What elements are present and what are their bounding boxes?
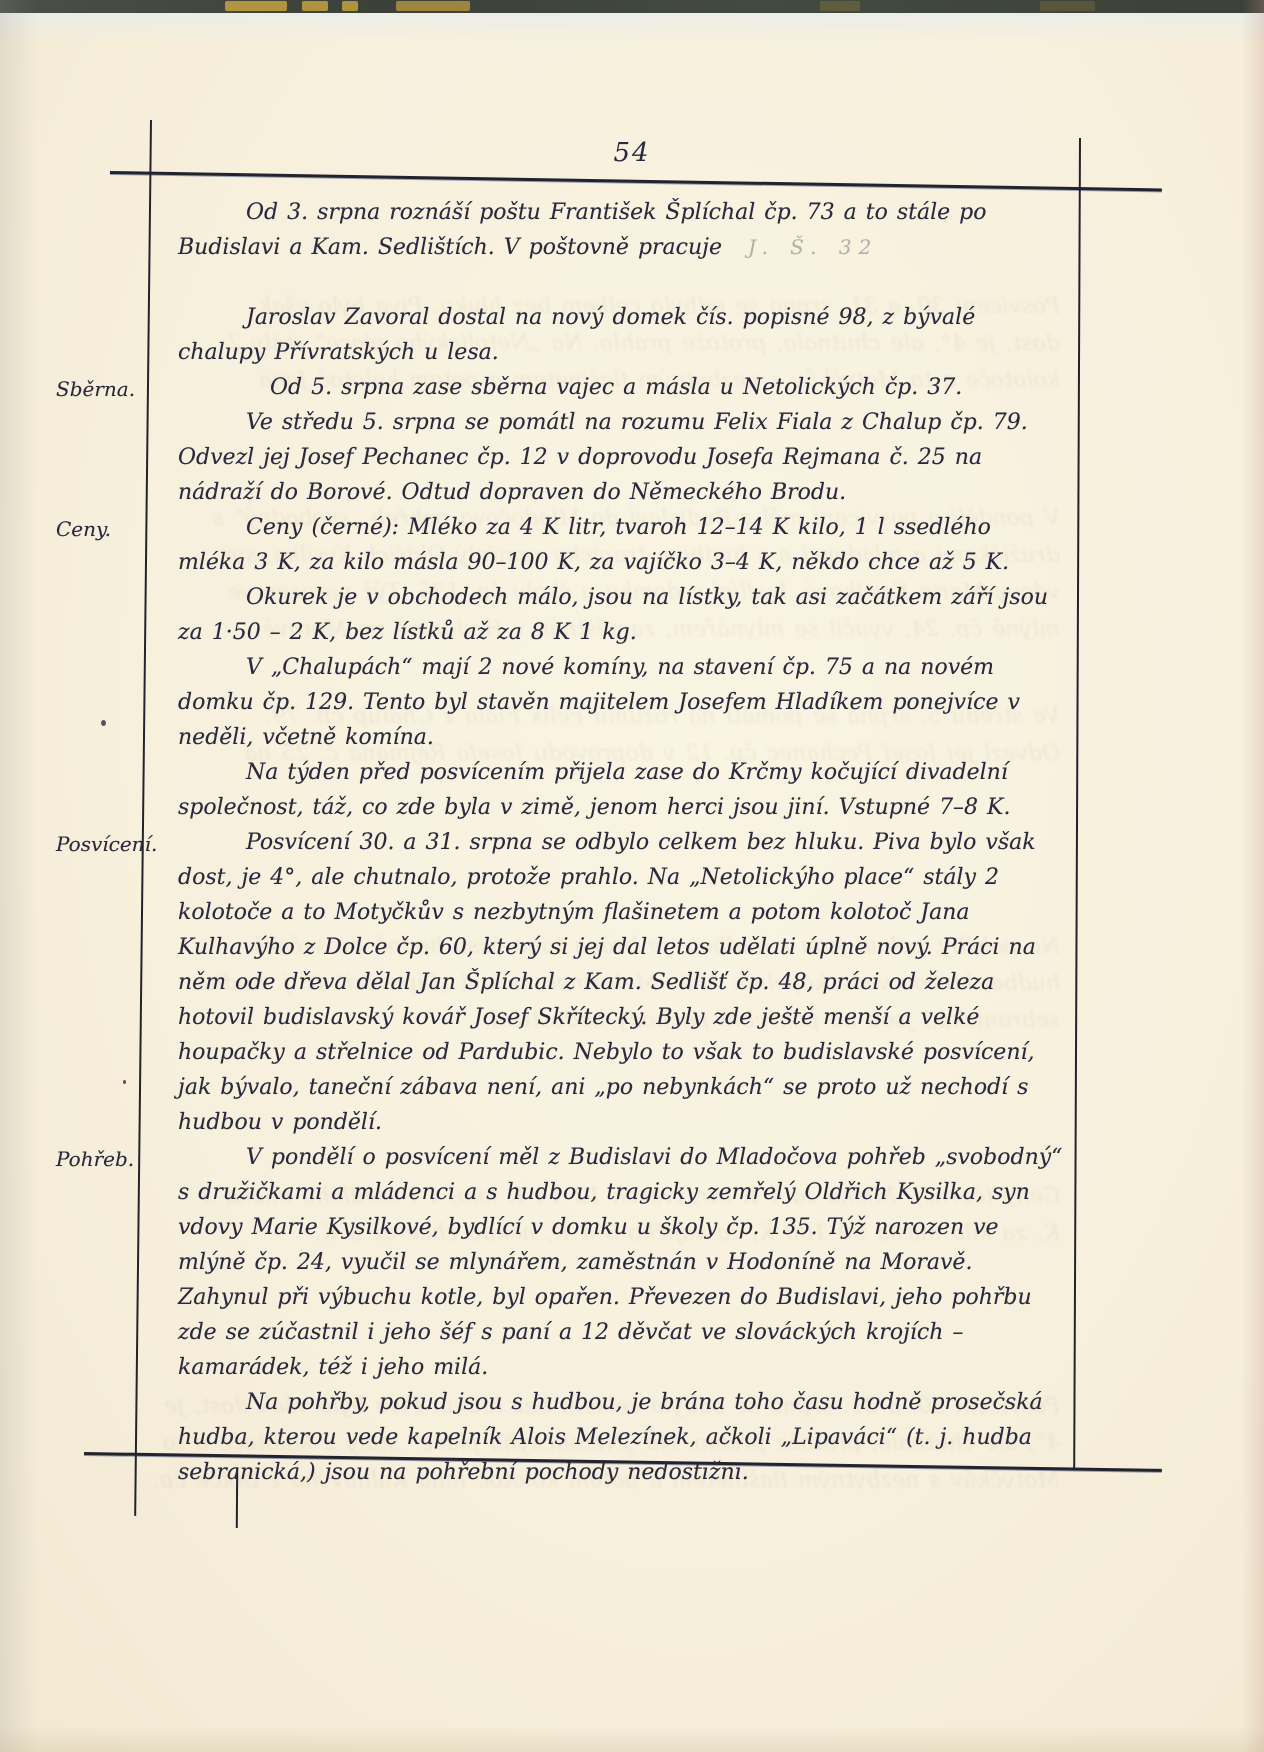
- right-margin-rule: [1073, 138, 1081, 1468]
- paragraph-funeral-music: Na pohřby, pokud jsou s hudbou, je brána…: [178, 1385, 1066, 1490]
- paragraph-text: Na týden před posvícením přijela zase do…: [178, 760, 1010, 820]
- scan-top-edge: [0, 0, 1264, 13]
- paragraph-post-carrier: Od 3. srpna roznáší poštu František Šplí…: [178, 195, 1066, 265]
- chronicle-text: Od 3. srpna roznáší poštu František Šplí…: [178, 195, 1066, 1490]
- paragraph-feast: Posvícení.Posvícení 30. a 31. srpna se o…: [178, 825, 1066, 1140]
- top-rule: [110, 171, 1162, 191]
- left-margin-rule: [134, 120, 152, 1516]
- paragraph-chimneys: V „Chalupách“ mají 2 nové komíny, na sta…: [178, 650, 1066, 755]
- paragraph-text: Posvícení 30. a 31. srpna se odbylo celk…: [178, 830, 1036, 1135]
- scan-right-edge-tint: [1242, 0, 1264, 1752]
- paragraph-text: V pondělí o posvícení měl z Budislavi do…: [178, 1145, 1062, 1380]
- erased-note: J. Š. 32: [748, 235, 878, 259]
- paragraph-cucumbers: Okurek je v obchodech málo, jsou na líst…: [178, 580, 1066, 650]
- tape-mark: [1040, 1, 1095, 11]
- scan-bottom-edge-shadow: [0, 1726, 1264, 1752]
- paragraph-text: Ceny (černé): Mléko za 4 K litr, tvaroh …: [178, 515, 1009, 575]
- margin-note-sberna: Sběrna.: [56, 372, 172, 407]
- margin-note-ceny: Ceny.: [56, 512, 172, 547]
- margin-note-posviceni: Posvícení.: [56, 827, 172, 862]
- page-number: 54: [0, 138, 1264, 168]
- tape-mark: [342, 1, 358, 11]
- tape-mark: [396, 1, 470, 11]
- paragraph-funeral: Pohřeb.V pondělí o posvícení měl z Budis…: [178, 1140, 1066, 1385]
- ink-speck: [123, 1080, 126, 1084]
- tape-mark: [302, 1, 328, 11]
- paragraph-prices: Ceny.Ceny (černé): Mléko za 4 K litr, tv…: [178, 510, 1066, 580]
- scanned-chronicle-page: Posvícení 30. a 31. srpna se odbylo celk…: [0, 0, 1264, 1752]
- paragraph-text: Od 5. srpna zase sběrna vajec a másla u …: [270, 375, 962, 400]
- tape-mark: [820, 1, 860, 11]
- paragraph-text: V „Chalupách“ mají 2 nové komíny, na sta…: [178, 655, 1020, 750]
- paragraph-collection-point: Sběrna.Od 5. srpna zase sběrna vajec a m…: [178, 370, 1066, 405]
- paragraph-text: Na pohřby, pokud jsou s hudbou, je brána…: [178, 1390, 1043, 1485]
- paragraph-text: Jaroslav Zavoral dostal na nový domek čí…: [178, 305, 975, 365]
- ink-speck: [101, 720, 106, 726]
- paragraph-felix-fiala: Ve středu 5. srpna se pomátl na rozumu F…: [178, 405, 1066, 510]
- paragraph-text: Okurek je v obchodech málo, jsou na líst…: [178, 585, 1048, 645]
- scan-light-band: [0, 13, 1264, 43]
- paragraph-theatre-company: Na týden před posvícením přijela zase do…: [178, 755, 1066, 825]
- scan-left-edge-shadow: [0, 0, 38, 1752]
- tape-mark: [225, 1, 287, 11]
- margin-note-pohreb: Pohřeb.: [56, 1142, 172, 1177]
- paragraph-house-number: Jaroslav Zavoral dostal na nový domek čí…: [178, 300, 1066, 370]
- paragraph-text: Ve středu 5. srpna se pomátl na rozumu F…: [178, 410, 1028, 505]
